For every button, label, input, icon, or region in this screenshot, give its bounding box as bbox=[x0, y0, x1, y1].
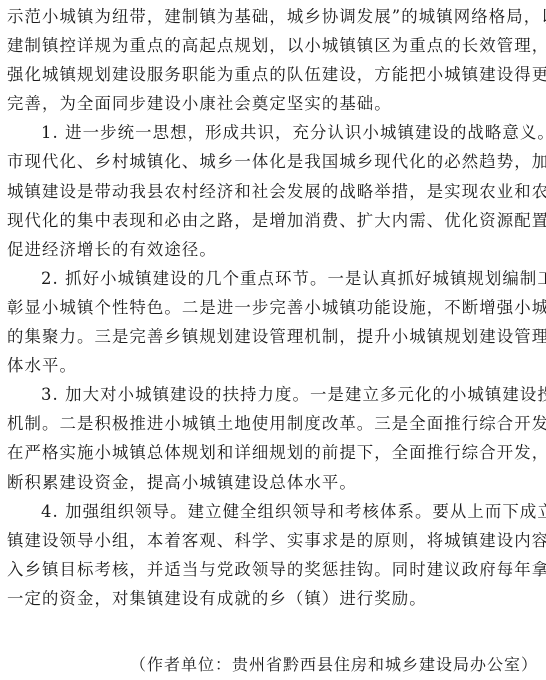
paragraph-item-2: 2. 抓好小城镇建设的几个重点环节。一是认真抓好城镇规划编制工作， 彰显小城镇个… bbox=[7, 264, 539, 380]
text-line: 市现代化、乡村城镇化、城乡一体化是我国城乡现代化的必然趋势，加快 bbox=[7, 147, 539, 176]
text-line: 示范小城镇为纽带，建制镇为基础，城乡协调发展”的城镇网络格局，以 bbox=[7, 2, 539, 31]
text-line: 完善，为全面同步建设小康社会奠定坚实的基础。 bbox=[7, 89, 539, 118]
text-line: 一定的资金，对集镇建设有成就的乡（镇）进行奖励。 bbox=[7, 584, 539, 613]
text-line: 2. 抓好小城镇建设的几个重点环节。一是认真抓好城镇规划编制工作， bbox=[7, 264, 539, 293]
text-line: 3. 加大对小城镇建设的扶持力度。一是建立多元化的小城镇建设投入 bbox=[7, 380, 539, 409]
text-line: 体水平。 bbox=[7, 351, 539, 380]
text-line: 入乡镇目标考核，并适当与党政领导的奖惩挂钩。同时建议政府每年拿出 bbox=[7, 555, 539, 584]
text-line: 在严格实施小城镇总体规划和详细规划的前提下，全面推行综合开发，不 bbox=[7, 438, 539, 467]
text-line: 强化城镇规划建设服务职能为重点的队伍建设，方能把小城镇建设得更加 bbox=[7, 60, 539, 89]
author-affiliation: （作者单位：贵州省黔西县住房和城乡建设局办公室） bbox=[130, 652, 538, 675]
text-line: 促进经济增长的有效途径。 bbox=[7, 235, 539, 264]
text-line: 1. 进一步统一思想，形成共识，充分认识小城镇建设的战略意义。城 bbox=[7, 118, 539, 147]
text-line: 机制。二是积极推进小城镇土地使用制度改革。三是全面推行综合开发。 bbox=[7, 409, 539, 438]
paragraph-item-3: 3. 加大对小城镇建设的扶持力度。一是建立多元化的小城镇建设投入 机制。二是积极… bbox=[7, 380, 539, 496]
text-line: 4. 加强组织领导。建立健全组织领导和考核体系。要从上而下成立城 bbox=[7, 497, 539, 526]
paragraph-intro: 示范小城镇为纽带，建制镇为基础，城乡协调发展”的城镇网络格局，以 建制镇控详规为… bbox=[7, 2, 539, 118]
text-line: 现代化的集中表现和必由之路，是增加消费、扩大内需、优化资源配置、 bbox=[7, 206, 539, 235]
paragraph-item-1: 1. 进一步统一思想，形成共识，充分认识小城镇建设的战略意义。城 市现代化、乡村… bbox=[7, 118, 539, 263]
text-line: 彰显小城镇个性特色。二是进一步完善小城镇功能设施，不断增强小城镇 bbox=[7, 293, 539, 322]
text-line: 建制镇控详规为重点的高起点规划，以小城镇镇区为重点的长效管理，以 bbox=[7, 31, 539, 60]
text-line: 的集聚力。三是完善乡镇规划建设管理机制，提升小城镇规划建设管理整 bbox=[7, 322, 539, 351]
text-line: 断积累建设资金，提高小城镇建设总体水平。 bbox=[7, 468, 539, 497]
text-line: 城镇建设是带动我县农村经济和社会发展的战略举措，是实现农业和农村 bbox=[7, 177, 539, 206]
paragraph-item-4: 4. 加强组织领导。建立健全组织领导和考核体系。要从上而下成立城 镇建设领导小组… bbox=[7, 497, 539, 613]
document-body: 示范小城镇为纽带，建制镇为基础，城乡协调发展”的城镇网络格局，以 建制镇控详规为… bbox=[7, 2, 539, 613]
text-line: 镇建设领导小组，本着客观、科学、实事求是的原则，将城镇建设内容列 bbox=[7, 526, 539, 555]
